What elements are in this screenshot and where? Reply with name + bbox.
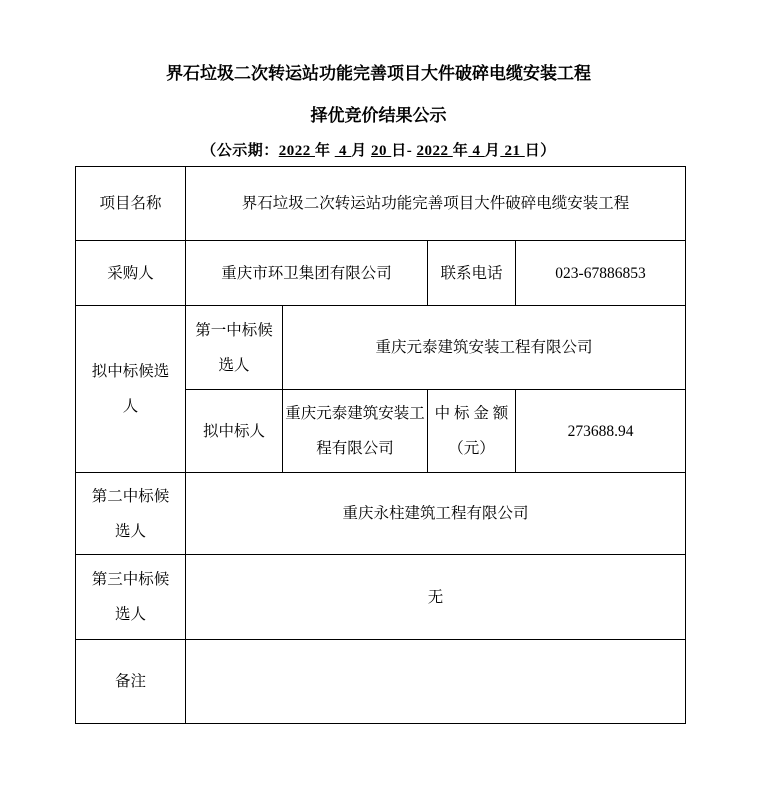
notice-period-year-end: 2022 (417, 143, 453, 159)
contact-phone-label: 联系电话 (428, 241, 516, 306)
notice-period-month-start: 4 (335, 143, 352, 159)
bid-amount-label: 中 标 金 额 （元） (428, 390, 516, 473)
document-title-line2: 择优竞价结果公示 (0, 105, 757, 127)
remarks-label: 备注 (76, 640, 186, 724)
candidates-group-label: 拟中标候选 人 (76, 306, 186, 473)
notice-period-text: 年 (453, 143, 469, 159)
notice-period-year-start: 2022 (279, 143, 315, 159)
first-candidate-label: 第一中标候 选人 (186, 306, 283, 390)
contact-phone-value: 023-67886853 (516, 241, 686, 306)
proposed-winner-label: 拟中标人 (186, 390, 283, 473)
proposed-winner-value: 重庆元泰建筑安装工 程有限公司 (283, 390, 428, 473)
table-row: 第三中标候 选人 无 (76, 555, 686, 640)
second-candidate-label: 第二中标候 选人 (76, 473, 186, 555)
notice-period-text: 日- (391, 143, 416, 159)
notice-period-text: 月 (351, 143, 371, 159)
table-row: 第二中标候 选人 重庆永柱建筑工程有限公司 (76, 473, 686, 555)
project-name-value: 界石垃圾二次转运站功能完善项目大件破碎电缆安装工程 (186, 167, 686, 241)
notice-period-text: 月 (485, 143, 501, 159)
table-row: 拟中标候选 人 第一中标候 选人 重庆元泰建筑安装工程有限公司 (76, 306, 686, 390)
notice-period-text: 年 (315, 143, 335, 159)
purchaser-value: 重庆市环卫集团有限公司 (186, 241, 428, 306)
table-row: 备注 (76, 640, 686, 724)
remarks-value (186, 640, 686, 724)
table-row: 项目名称 界石垃圾二次转运站功能完善项目大件破碎电缆安装工程 (76, 167, 686, 241)
notice-period-text: （公示期： (201, 143, 279, 159)
notice-period-day-start: 20 (371, 143, 391, 159)
document-title-line1: 界石垃圾二次转运站功能完善项目大件破碎电缆安装工程 (0, 63, 757, 85)
notice-period-day-end: 21 (500, 143, 525, 159)
first-candidate-value: 重庆元泰建筑安装工程有限公司 (283, 306, 686, 390)
notice-period-text: 日） (525, 143, 556, 159)
table-row: 采购人 重庆市环卫集团有限公司 联系电话 023-67886853 (76, 241, 686, 306)
notice-period-month-end: 4 (468, 143, 485, 159)
purchaser-label: 采购人 (76, 241, 186, 306)
bid-result-table: 项目名称 界石垃圾二次转运站功能完善项目大件破碎电缆安装工程 采购人 重庆市环卫… (75, 166, 686, 724)
second-candidate-value: 重庆永柱建筑工程有限公司 (186, 473, 686, 555)
third-candidate-label: 第三中标候 选人 (76, 555, 186, 640)
notice-period-line: （公示期：2022 年 4 月 20 日- 2022 年 4 月 21 日） (0, 141, 757, 161)
bid-amount-value: 273688.94 (516, 390, 686, 473)
third-candidate-value: 无 (186, 555, 686, 640)
project-name-label: 项目名称 (76, 167, 186, 241)
